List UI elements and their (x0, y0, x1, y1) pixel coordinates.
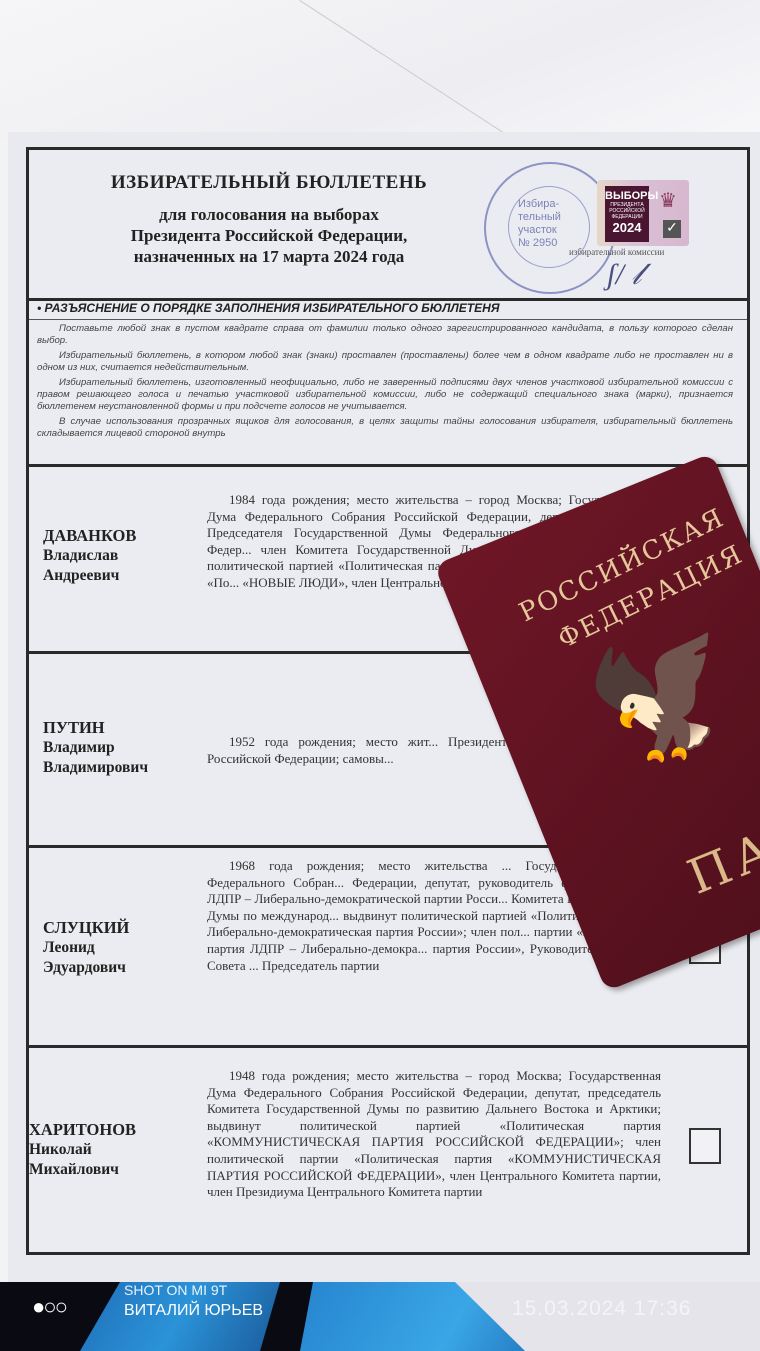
mark-year: 2024 (605, 220, 649, 235)
candidate-surname: ХАРИТОНОВ (29, 1120, 136, 1140)
candidate-name: ХАРИТОНОВ Николай Михайлович (29, 1120, 136, 1180)
explanation-paragraph: Избирательный бюллетень, изготовленный н… (29, 377, 747, 413)
stamp-line: тельный (518, 211, 561, 224)
candidate-row: ХАРИТОНОВ Николай Михайлович 1948 года р… (29, 1048, 747, 1254)
ballot-header: ИЗБИРАТЕЛЬНЫЙ БЮЛЛЕТЕНЬ для голосования … (29, 150, 747, 301)
candidate-description-text: 1952 года рождения; место жит... Президе… (207, 734, 507, 767)
candidate-first-name: Николай (29, 1140, 136, 1160)
commission-label: избирательной комиссии (569, 247, 664, 257)
photo-timestamp: 15.03.2024 17:36 (512, 1297, 692, 1321)
ballot-title-block: ИЗБИРАТЕЛЬНЫЙ БЮЛЛЕТЕНЬ для голосования … (89, 172, 449, 267)
candidate-patronymic: Эдуардович (43, 958, 129, 978)
mark-big-text: ВЫБОРЫ (605, 190, 649, 202)
stamp-center-text: Избира- тельный участок № 2950 (518, 198, 561, 250)
explanation-section: • РАЗЪЯСНЕНИЕ О ПОРЯДКЕ ЗАПОЛНЕНИЯ ИЗБИР… (29, 298, 747, 467)
candidate-description: 1952 года рождения; место жит... Президе… (207, 734, 507, 767)
candidate-first-name: Владимир (43, 738, 148, 758)
candidate-surname: ДАВАНКОВ (43, 526, 136, 546)
ballot-subtitle-line: Президента Российской Федерации, (89, 225, 449, 246)
candidate-first-name: Леонид (43, 938, 129, 958)
explanation-paragraph: Избирательный бюллетень, в котором любой… (29, 350, 747, 374)
explanation-paragraph: В случае использования прозрачных ящиков… (29, 416, 747, 440)
explanation-heading: • РАЗЪЯСНЕНИЕ О ПОРЯДКЕ ЗАПОЛНЕНИЯ ИЗБИР… (29, 298, 747, 320)
ballot-subtitle-line: для голосования на выборах (89, 204, 449, 225)
stamp-line: участок (518, 224, 561, 237)
candidate-name: ПУТИН Владимир Владимирович (43, 718, 148, 778)
candidate-surname: ПУТИН (43, 718, 148, 738)
candidate-patronymic: Михайлович (29, 1160, 136, 1180)
ballot-subtitle-line: назначенных на 17 марта 2024 года (89, 246, 449, 267)
explanation-paragraph: Поставьте любой знак в пустом квадрате с… (29, 323, 747, 347)
stamp-line: № 2950 (518, 237, 561, 250)
candidate-description-text: 1948 года рождения; место жительства – г… (207, 1068, 661, 1201)
candidate-description: 1948 года рождения; место жительства – г… (207, 1068, 661, 1201)
candidate-first-name: Владислав (43, 546, 136, 566)
watermark-author: ВИТАЛИЙ ЮРЬЕВ (124, 1302, 263, 1320)
signature-icon: ʃ/ 𝓁 (607, 258, 641, 292)
checkmark-icon: ✓ (663, 220, 681, 238)
table-surface (0, 0, 760, 140)
candidate-surname: СЛУЦКИЙ (43, 918, 129, 938)
special-mark-label: ВЫБОРЫ ПРЕЗИДЕНТА РОССИЙСКОЙ ФЕДЕРАЦИИ 2… (605, 186, 649, 242)
passport-word: ПАСП (680, 786, 760, 906)
double-headed-eagle-icon: 🦅 (575, 614, 758, 781)
special-mark: ВЫБОРЫ ПРЕЗИДЕНТА РОССИЙСКОЙ ФЕДЕРАЦИИ 2… (597, 180, 689, 246)
vote-checkbox[interactable] (689, 1128, 721, 1164)
stamp-line: Избира- (518, 198, 561, 211)
candidate-name: СЛУЦКИЙ Леонид Эдуардович (43, 918, 129, 978)
candidate-name: ДАВАНКОВ Владислав Андреевич (43, 526, 136, 586)
watermark-device: SHOT ON MI 9T (124, 1282, 227, 1298)
candidate-patronymic: Андреевич (43, 566, 136, 586)
ballot-title: ИЗБИРАТЕЛЬНЫЙ БЮЛЛЕТЕНЬ (89, 172, 449, 194)
candidate-patronymic: Владимирович (43, 758, 148, 778)
emblem-icon: ♛ (659, 188, 677, 213)
camera-dots-icon: ●○○ (32, 1294, 66, 1320)
